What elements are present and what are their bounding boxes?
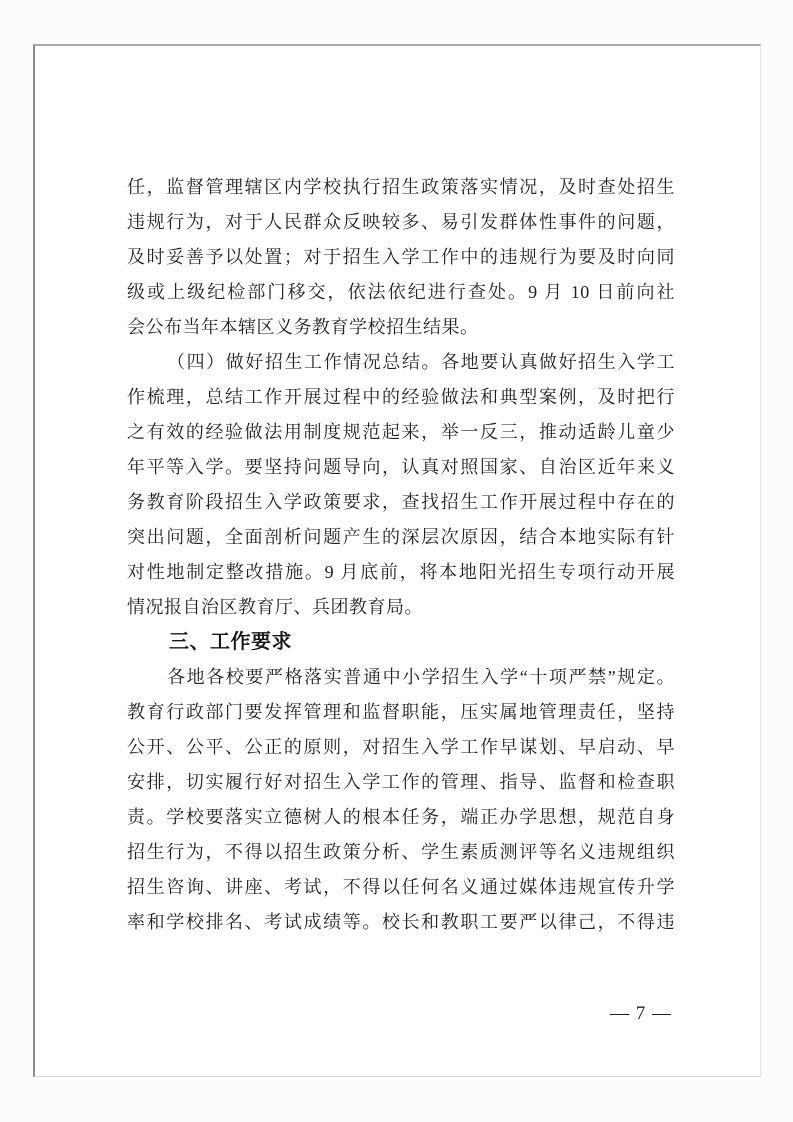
text-line: 责。学校要落实立德树人的根本任务，端正办学思想，规范自身 <box>127 800 675 835</box>
text-line: 安排，切实履行好对招生入学工作的管理、指导、监督和检查职 <box>127 765 675 800</box>
page-number: — 7 — <box>610 1002 672 1026</box>
text-line: 务教育阶段招生入学政策要求，查找招生工作开展过程中存在的 <box>127 485 675 520</box>
text-line: 之有效的经验做法用制度规范起来，举一反三，推动适龄儿童少 <box>127 415 675 450</box>
document-body: 任，监督管理辖区内学校执行招生政策落实情况，及时查处招生违规行为，对于人民群众反… <box>127 170 675 940</box>
text-line: 会公布当年本辖区义务教育学校招生结果。 <box>127 310 675 345</box>
text-line: 公开、公平、公正的原则，对招生入学工作早谋划、早启动、早 <box>127 730 675 765</box>
text-line: 对性地制定整改措施。9 月底前，将本地阳光招生专项行动开展 <box>127 555 675 590</box>
text-line: 违规行为，对于人民群众反映较多、易引发群体性事件的问题， <box>127 205 675 240</box>
text-line: 情况报自治区教育厅、兵团教育局。 <box>127 590 675 625</box>
section-heading: 三、工作要求 <box>127 625 675 660</box>
text-line: 及时妥善予以处置；对于招生入学工作中的违规行为要及时向同 <box>127 240 675 275</box>
text-line: 各地各校要严格落实普通中小学招生入学“十项严禁”规定。 <box>127 660 675 695</box>
text-line: （四）做好招生工作情况总结。各地要认真做好招生入学工 <box>127 345 675 380</box>
text-line: 作梳理，总结工作开展过程中的经验做法和典型案例，及时把行 <box>127 380 675 415</box>
scanned-document-canvas: 任，监督管理辖区内学校执行招生政策落实情况，及时查处招生违规行为，对于人民群众反… <box>0 0 793 1122</box>
text-line: 招生行为，不得以招生政策分析、学生素质测评等名义违规组织 <box>127 835 675 870</box>
text-line: 突出问题，全面剖析问题产生的深层次原因，结合本地实际有针 <box>127 520 675 555</box>
text-line: 年平等入学。要坚持问题导向，认真对照国家、自治区近年来义 <box>127 450 675 485</box>
text-line: 任，监督管理辖区内学校执行招生政策落实情况，及时查处招生 <box>127 170 675 205</box>
text-line: 率和学校排名、考试成绩等。校长和教职工要严以律己，不得违 <box>127 905 675 940</box>
document-page: 任，监督管理辖区内学校执行招生政策落实情况，及时查处招生违规行为，对于人民群众反… <box>33 44 761 1077</box>
text-line: 级或上级纪检部门移交，依法依纪进行查处。9 月 10 日前向社 <box>127 275 675 310</box>
text-line: 教育行政部门要发挥管理和监督职能，压实属地管理责任，坚持 <box>127 695 675 730</box>
text-line: 招生咨询、讲座、考试，不得以任何名义通过媒体违规宣传升学 <box>127 870 675 905</box>
